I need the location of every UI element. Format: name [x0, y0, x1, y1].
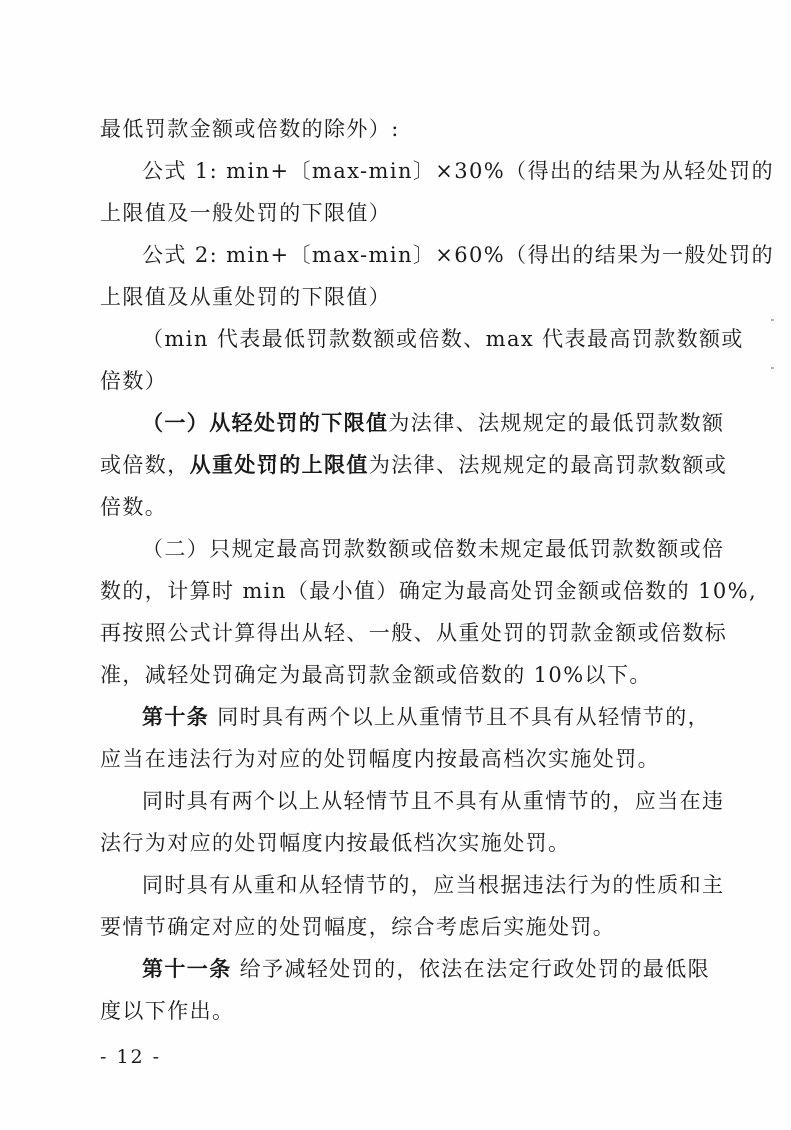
text-line: 准，减轻处罚确定为最高罚款金额或倍数的 10%以下。	[100, 661, 700, 689]
text-line: 最低罚款金额或倍数的除外）:	[100, 115, 700, 143]
text-line: 度以下作出。	[100, 997, 700, 1025]
text-line: 再按照公式计算得出从轻、一般、从重处罚的罚款金额或倍数标	[100, 619, 700, 647]
paragraph: 同时具有从重和从轻情节的，应当根据违法行为的性质和主	[142, 871, 700, 899]
page-number: - 12 -	[100, 1043, 161, 1071]
article-11: 第十一条 给予减轻处罚的，依法在法定行政处罚的最低限	[142, 955, 700, 983]
article-10-text: 同时具有两个以上从重情节且不具有从轻情节的，	[209, 705, 710, 729]
formula-legend: （min 代表最低罚款数额或倍数、max 代表最高罚款数额或	[142, 325, 700, 353]
clause-2: （二）只规定最高罚款数额或倍数未规定最低罚款数额或倍	[142, 535, 700, 563]
margin-mark	[771, 319, 774, 321]
text-line: 倍数）	[100, 367, 700, 395]
clause-1-text: 为法律、法规规定的最低罚款数额	[388, 411, 724, 435]
text-line: 上限值及一般处罚的下限值）	[100, 199, 700, 227]
text-line: 上限值及从重处罚的下限值）	[100, 283, 700, 311]
text-segment: 或倍数，	[100, 453, 190, 477]
text-line: 要情节确定对应的处罚幅度，综合考虑后实施处罚。	[100, 913, 700, 941]
article-10-heading: 第十条	[142, 705, 209, 729]
clause-1-heading: （一）从轻处罚的下限值	[142, 411, 388, 435]
text-line: 或倍数，从重处罚的上限值为法律、法规规定的最高罚款数额或	[100, 451, 700, 479]
article-11-text: 给予减轻处罚的，依法在法定行政处罚的最低限	[232, 957, 710, 981]
text-segment: 为法律、法规规定的最高罚款数额或	[369, 453, 727, 477]
paragraph: 同时具有两个以上从轻情节且不具有从重情节的，应当在违	[142, 787, 700, 815]
document-page: 最低罚款金额或倍数的除外）: 公式 1: min+〔max-min〕×30%（得…	[0, 0, 791, 1130]
text-line: 数的，计算时 min（最小值）确定为最高处罚金额或倍数的 10%,	[100, 577, 700, 605]
bold-term: 从重处罚的上限值	[190, 453, 369, 477]
text-line: 应当在违法行为对应的处罚幅度内按最高档次实施处罚。	[100, 745, 700, 773]
article-10: 第十条 同时具有两个以上从重情节且不具有从轻情节的，	[142, 703, 700, 731]
text-line: 倍数。	[100, 493, 700, 521]
text-line: 法行为对应的处罚幅度内按最低档次实施处罚。	[100, 829, 700, 857]
formula-2: 公式 2: min+〔max-min〕×60%（得出的结果为一般处罚的	[142, 241, 700, 269]
margin-mark	[771, 367, 774, 369]
clause-1: （一）从轻处罚的下限值为法律、法规规定的最低罚款数额	[142, 409, 700, 437]
formula-1: 公式 1: min+〔max-min〕×30%（得出的结果为从轻处罚的	[142, 157, 700, 185]
article-11-heading: 第十一条	[142, 957, 232, 981]
